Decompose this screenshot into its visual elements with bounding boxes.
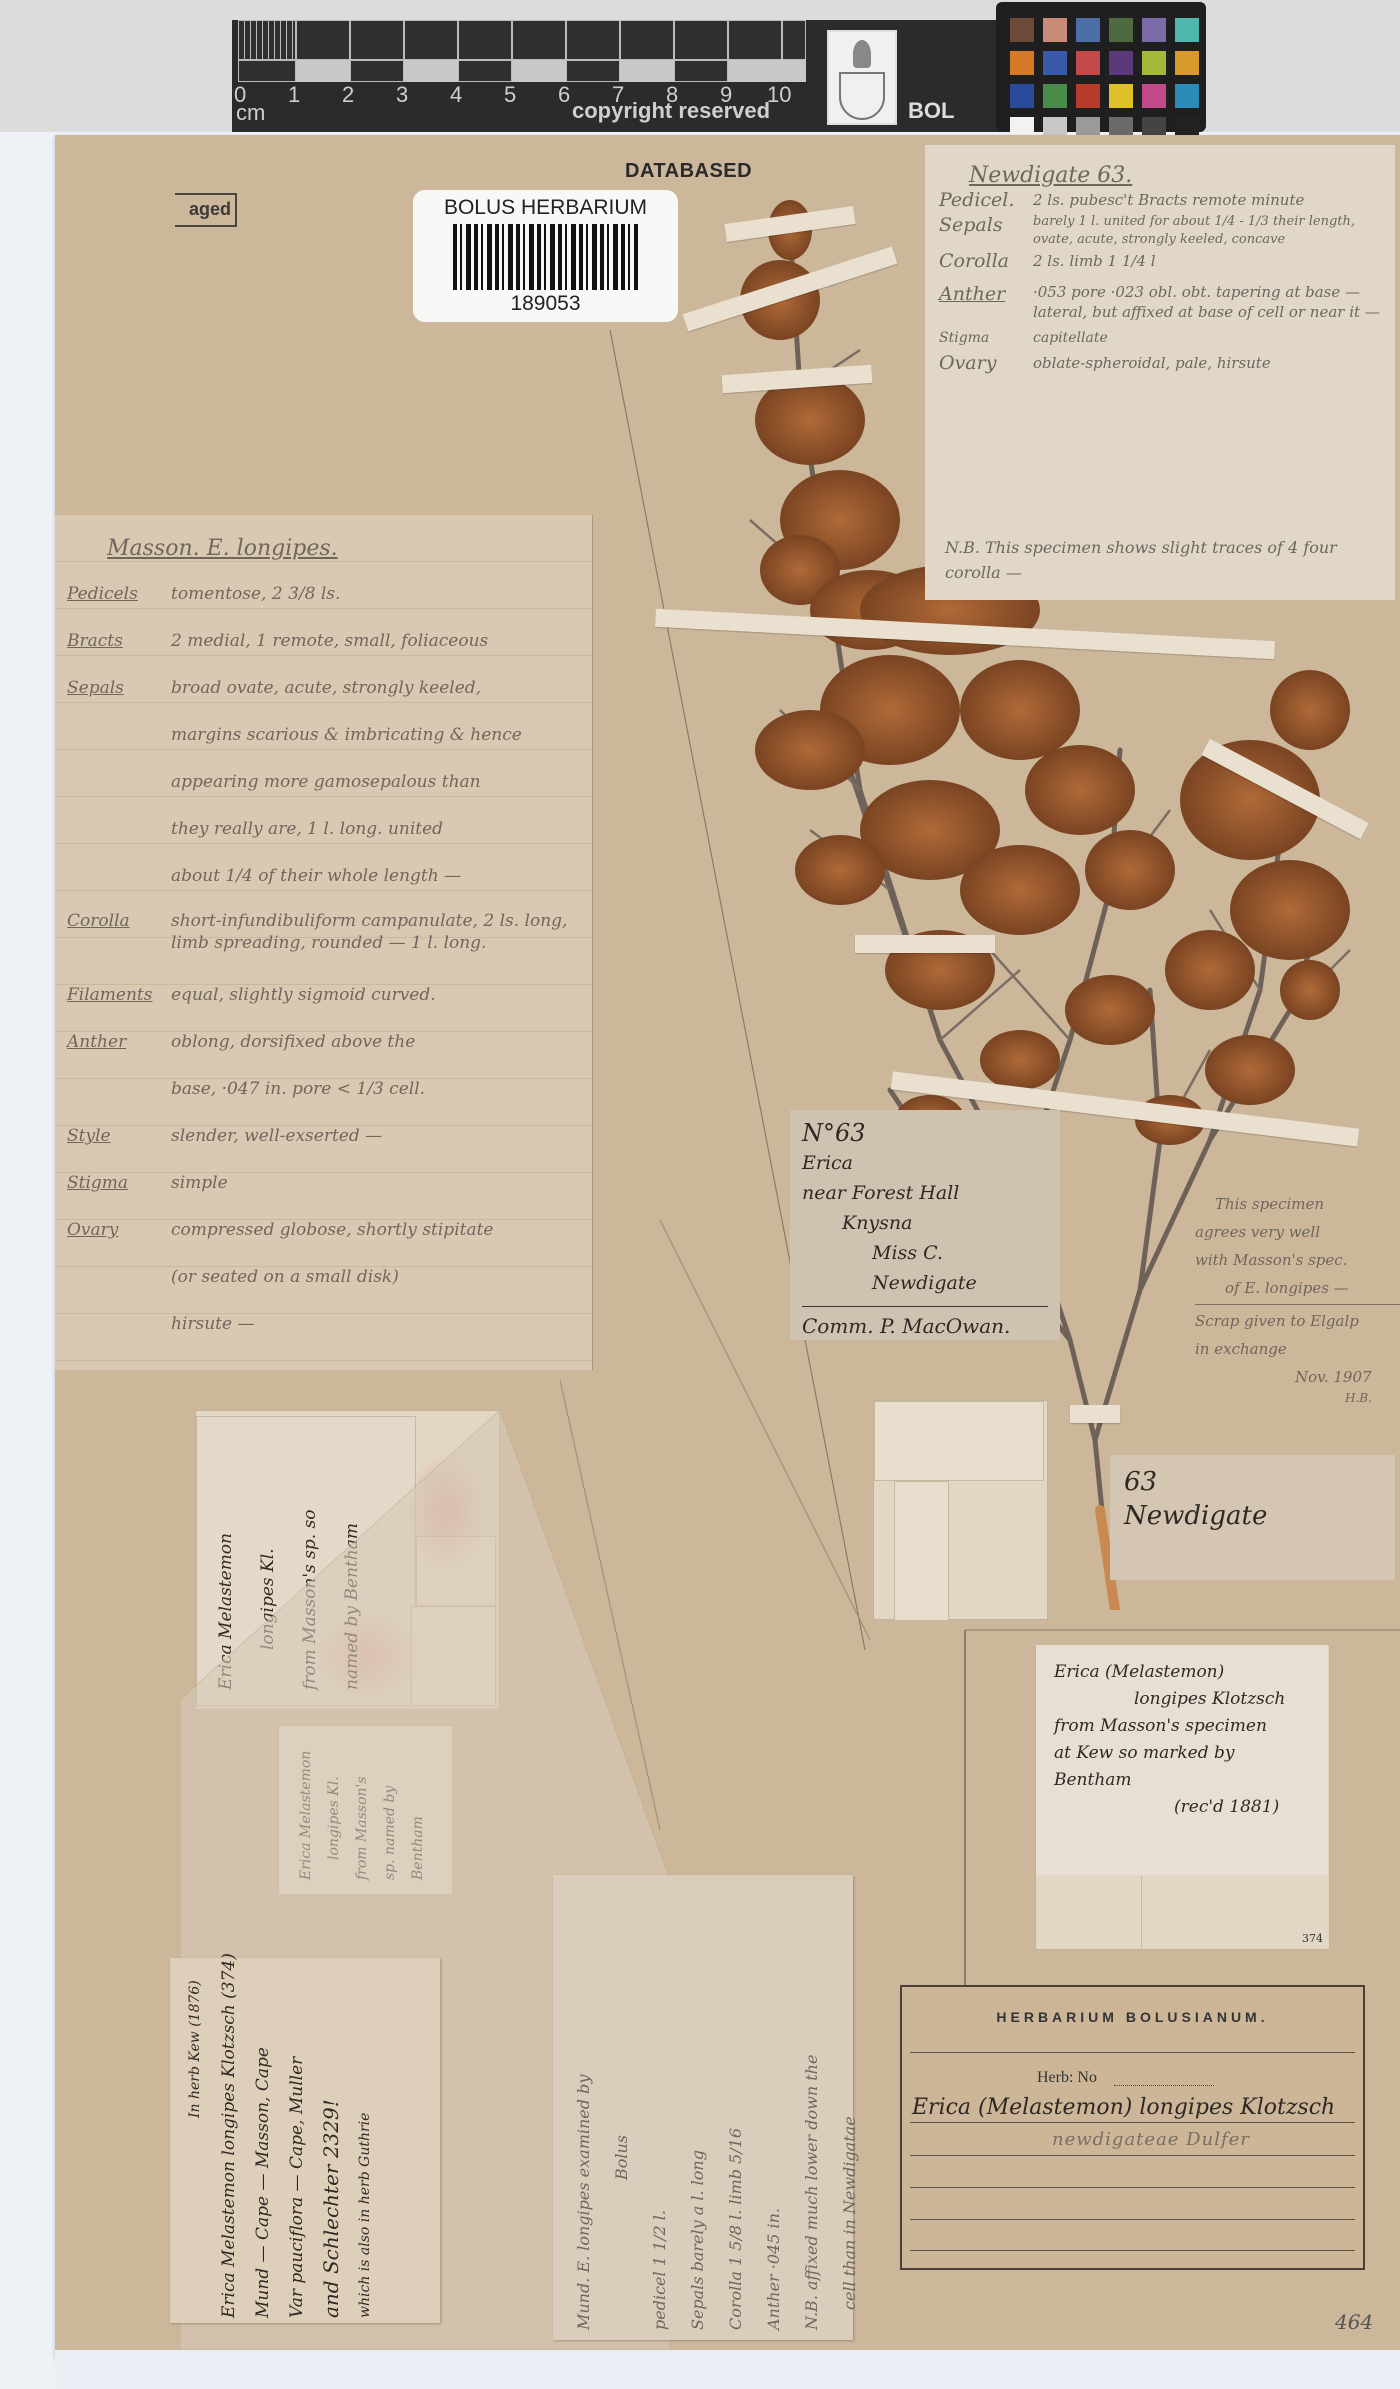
notes-key — [67, 1301, 159, 1348]
annotation-line: Corolla 1 5/8 l. limb 5/16 — [717, 2055, 755, 2330]
notes-row: Bracts2 medial, 1 remote, small, foliace… — [67, 618, 582, 665]
collector-label-number: 63 — [1124, 1465, 1381, 1499]
notes-title: Newdigate 63. — [969, 163, 1381, 188]
notes-key: Stigma — [67, 1160, 159, 1207]
label-rule — [910, 2155, 1355, 2156]
notes-value: tomentose, 2 3/8 ls. — [171, 571, 582, 618]
note-line: This specimen — [1215, 1190, 1400, 1218]
notes-value: 2 ls. limb 1 1/4 l — [1033, 249, 1381, 274]
note-line: with Masson's spec. — [1195, 1246, 1400, 1274]
herbarium-determination-label: HERBARIUM BOLUSIANUM. Herb: No Erica (Me… — [900, 1985, 1365, 2270]
notes-value: barely 1 l. united for about 1/4 - 1/3 t… — [1033, 213, 1381, 249]
notes-value: 2 medial, 1 remote, small, foliaceous — [171, 618, 582, 665]
notes-value: base, ·047 in. pore < 1/3 cell. — [171, 1066, 582, 1113]
sheet-page-number: 464 — [1335, 2310, 1373, 2334]
notes-row: Ovarycompressed globose, shortly stipita… — [67, 1207, 582, 1254]
notes-value: oblong, dorsifixed above the — [171, 1019, 582, 1066]
morphology-notes-newdigate: Newdigate 63. Pedicel. 2 ls. pubesc't Br… — [925, 145, 1395, 600]
notes-row: Pedicel. 2 ls. pubesc't Bracts remote mi… — [939, 188, 1381, 213]
notes-row: base, ·047 in. pore < 1/3 cell. — [67, 1066, 582, 1113]
notes-key: Corolla — [67, 910, 159, 972]
packet-fold — [1141, 1876, 1142, 1951]
notes-row: Antheroblong, dorsifixed above the — [67, 1019, 582, 1066]
herb-no-field — [1114, 2085, 1214, 2086]
determination-name: newdigateae Dulfer — [1052, 2129, 1250, 2150]
herbarium-label-header: HERBARIUM BOLUSIANUM. — [902, 2009, 1363, 2025]
notes-value: about 1/4 of their whole length — — [171, 853, 582, 900]
notes-value: compressed globose, shortly stipitate — [171, 1207, 582, 1254]
notes-row: Pedicelstomentose, 2 3/8 ls. — [67, 571, 582, 618]
notes-value: equal, slightly sigmoid curved. — [171, 972, 582, 1019]
annotation-line: Var pauciflora — Cape, Muller — [280, 1953, 314, 2318]
notes-row: Stigmasimple — [67, 1160, 582, 1207]
notes-row: Filamentsequal, slightly sigmoid curved. — [67, 972, 582, 1019]
notes-title: Masson. E. longipes. — [107, 527, 582, 571]
notes-value: hirsute — — [171, 1301, 582, 1348]
specimen-packet[interactable] — [873, 1400, 1048, 1620]
annotation-line: Erica Melastemon longipes Klotzsch (374) — [212, 1953, 246, 2318]
notes-row: appearing more gamosepalous than — [67, 759, 582, 806]
notes-key — [67, 1254, 159, 1301]
note-line: in exchange — [1195, 1335, 1400, 1363]
collector-label-name: Newdigate — [1124, 1499, 1381, 1533]
notes-key — [67, 712, 159, 759]
label-rule — [910, 2250, 1355, 2251]
notes-value: broad ovate, acute, strongly keeled, — [171, 665, 582, 712]
mounting-strip — [855, 935, 995, 953]
notes-value: simple — [171, 1160, 582, 1207]
herb-no-label: Herb: No — [1037, 2069, 1097, 2087]
collection-collector: Miss C. Newdigate — [872, 1238, 1048, 1298]
bolus-pencil-note-text: Mund. E. longipes examined by Bolus pedi… — [565, 2055, 869, 2330]
notes-key: Corolla — [939, 249, 1021, 274]
notes-value: short-infundibuliform campanulate, 2 ls.… — [171, 910, 582, 972]
notes-row: Corollashort-infundibuliform campanulate… — [67, 900, 582, 972]
barcode-title: BOLUS HERBARIUM — [413, 196, 678, 220]
notes-key: Pedicel. — [939, 188, 1021, 213]
packet-flap — [874, 1401, 1044, 1481]
annotation-line: Bolus — [603, 2055, 641, 2180]
notes-key: Pedicels — [67, 571, 159, 618]
notes-value: appearing more gamosepalous than — [171, 759, 582, 806]
annotation-line: In herb Kew (1876) — [178, 1953, 212, 2118]
notes-row: they really are, 1 l. long. united — [67, 806, 582, 853]
notes-key: Bracts — [67, 618, 159, 665]
note-initials: H.B. — [1345, 1391, 1400, 1405]
notes-value: capitellate — [1033, 326, 1381, 351]
annotation-line: and Schlechter 2329! — [314, 1953, 348, 2318]
label-rule — [910, 2187, 1355, 2188]
label-rule — [910, 2219, 1355, 2220]
notes-value: they really are, 1 l. long. united — [171, 806, 582, 853]
notes-row: (or seated on a small disk) — [67, 1254, 582, 1301]
notes-nb: N.B. This specimen shows slight traces o… — [945, 535, 1385, 585]
notes-key — [67, 1066, 159, 1113]
notes-key — [67, 806, 159, 853]
collection-genus: Erica — [802, 1148, 1048, 1178]
barcode-number: 189053 — [413, 292, 678, 316]
notes-value: margins scarious & imbricating & hence — [171, 712, 582, 759]
barcode-icon — [453, 224, 638, 290]
collector-name-label: 63 Newdigate — [1110, 1455, 1395, 1580]
notes-key: Anther — [939, 282, 1021, 322]
annotation-line: Anther ·045 in. — [755, 2055, 793, 2330]
label-rule — [910, 2052, 1355, 2053]
slip-note: (rec'd 1881) — [1174, 1794, 1310, 1821]
label-rule — [910, 2122, 1355, 2123]
collection-number: N°63 — [802, 1118, 1048, 1148]
collection-label: N°63 Erica near Forest Hall Knysna Miss … — [790, 1110, 1060, 1340]
notes-value: oblate-spheroidal, pale, hirsute — [1033, 351, 1381, 376]
comparison-note: This specimen agrees very well with Mass… — [1195, 1190, 1400, 1420]
notes-row: Stigma capitellate — [939, 326, 1381, 351]
packet-number: 374 — [1302, 1932, 1323, 1945]
notes-key: Sepals — [939, 213, 1021, 249]
note-line: Scrap given to Elgalp — [1195, 1307, 1400, 1335]
notes-value: slender, well-exserted — — [171, 1113, 582, 1160]
annotation-line: which is also in herb Guthrie — [348, 1953, 382, 2318]
notes-key — [67, 759, 159, 806]
morphology-notes-masson: Masson. E. longipes. Pedicelstomentose, … — [55, 515, 593, 1370]
notes-key: Anther — [67, 1019, 159, 1066]
notes-row: margins scarious & imbricating & hence — [67, 712, 582, 759]
notes-row: Corolla 2 ls. limb 1 1/4 l — [939, 249, 1381, 274]
annotation-line: Sepals barely a l. long — [679, 2055, 717, 2330]
aged-stamp: aged — [175, 193, 237, 227]
packet-fold — [894, 1481, 949, 1621]
notes-value: (or seated on a small disk) — [171, 1254, 582, 1301]
notes-key — [67, 853, 159, 900]
taxon-name: Erica (Melastemon) longipes Klotzsch — [912, 2095, 1335, 2120]
note-line: agrees very well — [1195, 1218, 1400, 1246]
slip-line: Bentham — [1054, 1767, 1310, 1794]
notes-row: hirsute — — [67, 1301, 582, 1348]
notes-row: Anther ·053 pore ·023 obl. obt. tapering… — [939, 282, 1381, 322]
annotation-line: Mund. E. longipes examined by — [565, 2055, 603, 2330]
slip-line: at Kew so marked by — [1054, 1740, 1310, 1767]
annotation-line: cell than in Newdigatae — [831, 2055, 869, 2310]
notes-row: about 1/4 of their whole length — — [67, 853, 582, 900]
slip-line: from Masson's specimen — [1054, 1713, 1310, 1740]
notes-key: Sepals — [67, 665, 159, 712]
notes-key: Ovary — [939, 351, 1021, 376]
barcode-label: BOLUS HERBARIUM 189053 — [413, 190, 678, 322]
collection-locality-town: Knysna — [842, 1208, 1048, 1238]
slip-line: longipes Klotzsch — [1134, 1686, 1310, 1713]
slip-line: Erica (Melastemon) — [1054, 1659, 1310, 1686]
databased-stamp: DATABASED — [625, 160, 752, 183]
annotation-line: Mund — Cape — Masson, Cape — [246, 1953, 280, 2318]
notes-value: 2 ls. pubesc't Bracts remote minute — [1033, 188, 1381, 213]
collection-locality: near Forest Hall — [802, 1178, 1048, 1208]
note-line: of E. longipes — — [1225, 1274, 1400, 1302]
notes-row: Sepalsbroad ovate, acute, strongly keele… — [67, 665, 582, 712]
annotation-line: N.B. affixed much lower down the — [793, 2055, 831, 2330]
collection-communicated-by: Comm. P. MacOwan. — [802, 1306, 1048, 1341]
notes-key: Filaments — [67, 972, 159, 1019]
note-separator — [1195, 1304, 1400, 1305]
kew-note-text: In herb Kew (1876) Erica Melastemon long… — [178, 1953, 382, 2318]
notes-key: Stigma — [939, 326, 1021, 351]
notes-row: Sepals barely 1 l. united for about 1/4 … — [939, 213, 1381, 249]
notes-key: Style — [67, 1113, 159, 1160]
notes-key: Ovary — [67, 1207, 159, 1254]
notes-value: ·053 pore ·023 obl. obt. tapering at bas… — [1033, 282, 1381, 322]
mounting-strip — [1070, 1405, 1120, 1423]
determination-slip: Erica (Melastemon) longipes Klotzsch fro… — [1036, 1645, 1328, 1875]
note-date: Nov. 1907 — [1295, 1363, 1400, 1391]
notes-row: Styleslender, well-exserted — — [67, 1113, 582, 1160]
notes-row: Ovary oblate-spheroidal, pale, hirsute — [939, 351, 1381, 376]
annotation-line: pedicel 1 1/2 l. — [641, 2055, 679, 2330]
